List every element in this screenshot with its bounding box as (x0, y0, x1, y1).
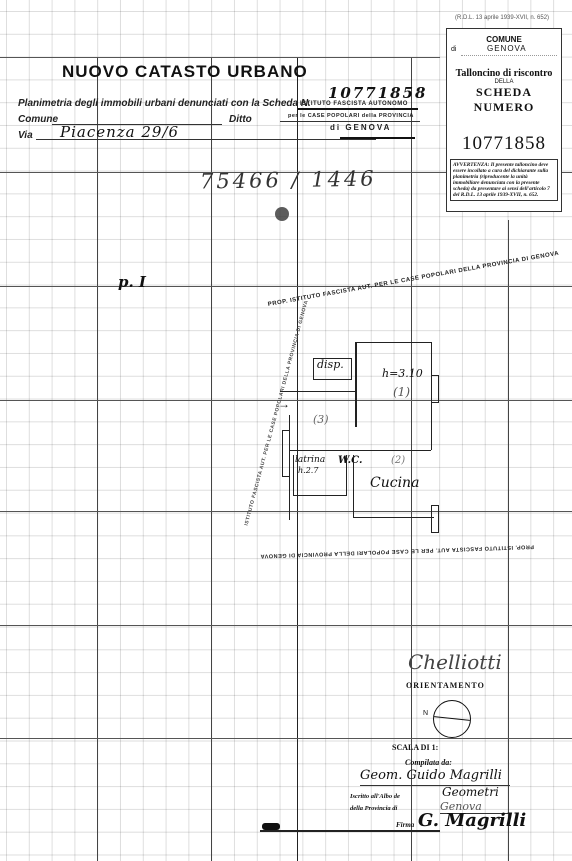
grid-major-line (0, 738, 572, 739)
wall (355, 342, 357, 427)
floor-plan: disp. → (3) h=3.10 (1) latrina h.2.7 W.C… (275, 335, 450, 525)
room-1-label: (1) (393, 385, 410, 399)
scala-label: SCALA DI 1: (392, 743, 438, 752)
compass-icon (433, 700, 471, 738)
grid-major-line (97, 57, 98, 861)
grid-major-line (0, 57, 440, 58)
ink-mark (262, 823, 280, 830)
via-label: Via (18, 130, 33, 141)
room-3-label: (3) (313, 413, 329, 426)
compilata-label: Compilata da: (405, 758, 452, 767)
ink-blot (275, 207, 289, 221)
talloncino-card: COMUNE di GENOVA Talloncino di riscontro… (446, 28, 562, 212)
disimpegno-label: disp. (317, 358, 344, 371)
owner-stamp-line2: per le CASE POPOLARI della PROVINCIA (288, 113, 414, 119)
compiler-name: Geom. Guido Magrilli (360, 768, 502, 783)
north-arrow-icon (434, 716, 470, 721)
card-number: 10771858 (447, 133, 561, 155)
card-comune-row: di GENOVA (447, 44, 561, 56)
decree-reference: (R.D.L. 13 aprile 1939-XVII, n. 652) (455, 15, 549, 21)
grid-major-line (0, 286, 572, 287)
orientamento-label: ORIENTAMENTO (406, 681, 485, 690)
signature-top: Chelliotti (408, 650, 502, 674)
iscritto-value: Geometri (442, 785, 499, 799)
planimetria-label-text: Planimetria degli immobili urbani denunc… (18, 98, 311, 109)
window (431, 505, 439, 533)
card-comune-label: COMUNE (447, 35, 561, 44)
provincia-label: della Provincia di (350, 805, 397, 812)
height-label: h=3.10 (382, 367, 423, 380)
floor-label: p. I (118, 273, 146, 291)
latrina-label: latrina (295, 455, 325, 465)
ditta-label: Ditto (229, 114, 252, 125)
grid-major-line (260, 830, 440, 832)
wall (359, 450, 431, 451)
ditta-underline (280, 121, 420, 122)
card-comune-line (461, 55, 557, 56)
owner-stamp-line1: ISTITUTO FASCISTA AUTONOMO (300, 101, 408, 107)
grid-major-line (0, 625, 572, 626)
grid-major-line (508, 220, 509, 861)
owner-stamp-line3: di GENOVA (330, 123, 391, 132)
scheda-underline (298, 108, 418, 110)
card-comune-value: GENOVA (487, 44, 527, 53)
card-scheda-numero: SCHEDA NUMERO (447, 85, 561, 115)
firma-label: Firma (396, 821, 414, 829)
document-title: NUOVO CATASTO URBANO (62, 62, 308, 82)
entrance-arrow-icon: → (278, 397, 290, 411)
via-field-line (36, 139, 376, 140)
scheda-number-handwritten: 10771858 (328, 84, 428, 102)
wall (289, 450, 359, 451)
window (282, 430, 290, 477)
card-avvertenza: AVVERTENZA: Il presente talloncino deve … (450, 159, 558, 201)
latrina-height: h.2.7 (298, 466, 318, 475)
north-label: N (423, 710, 428, 717)
card-talloncino: Talloncino di riscontro (447, 68, 561, 79)
room-2-label: (2) (391, 455, 405, 466)
kitchen-label: Cucina (370, 475, 419, 491)
iscritto-label: Iscritto all'Albo de (350, 793, 400, 800)
wall (280, 391, 355, 392)
window (431, 375, 439, 403)
via-underline-thick (340, 137, 415, 139)
card-di-label: di (451, 46, 456, 53)
wall (355, 342, 431, 343)
firma-signature: G. Magrilli (418, 810, 526, 831)
registry-note: 75466 / 1446 (200, 166, 377, 193)
